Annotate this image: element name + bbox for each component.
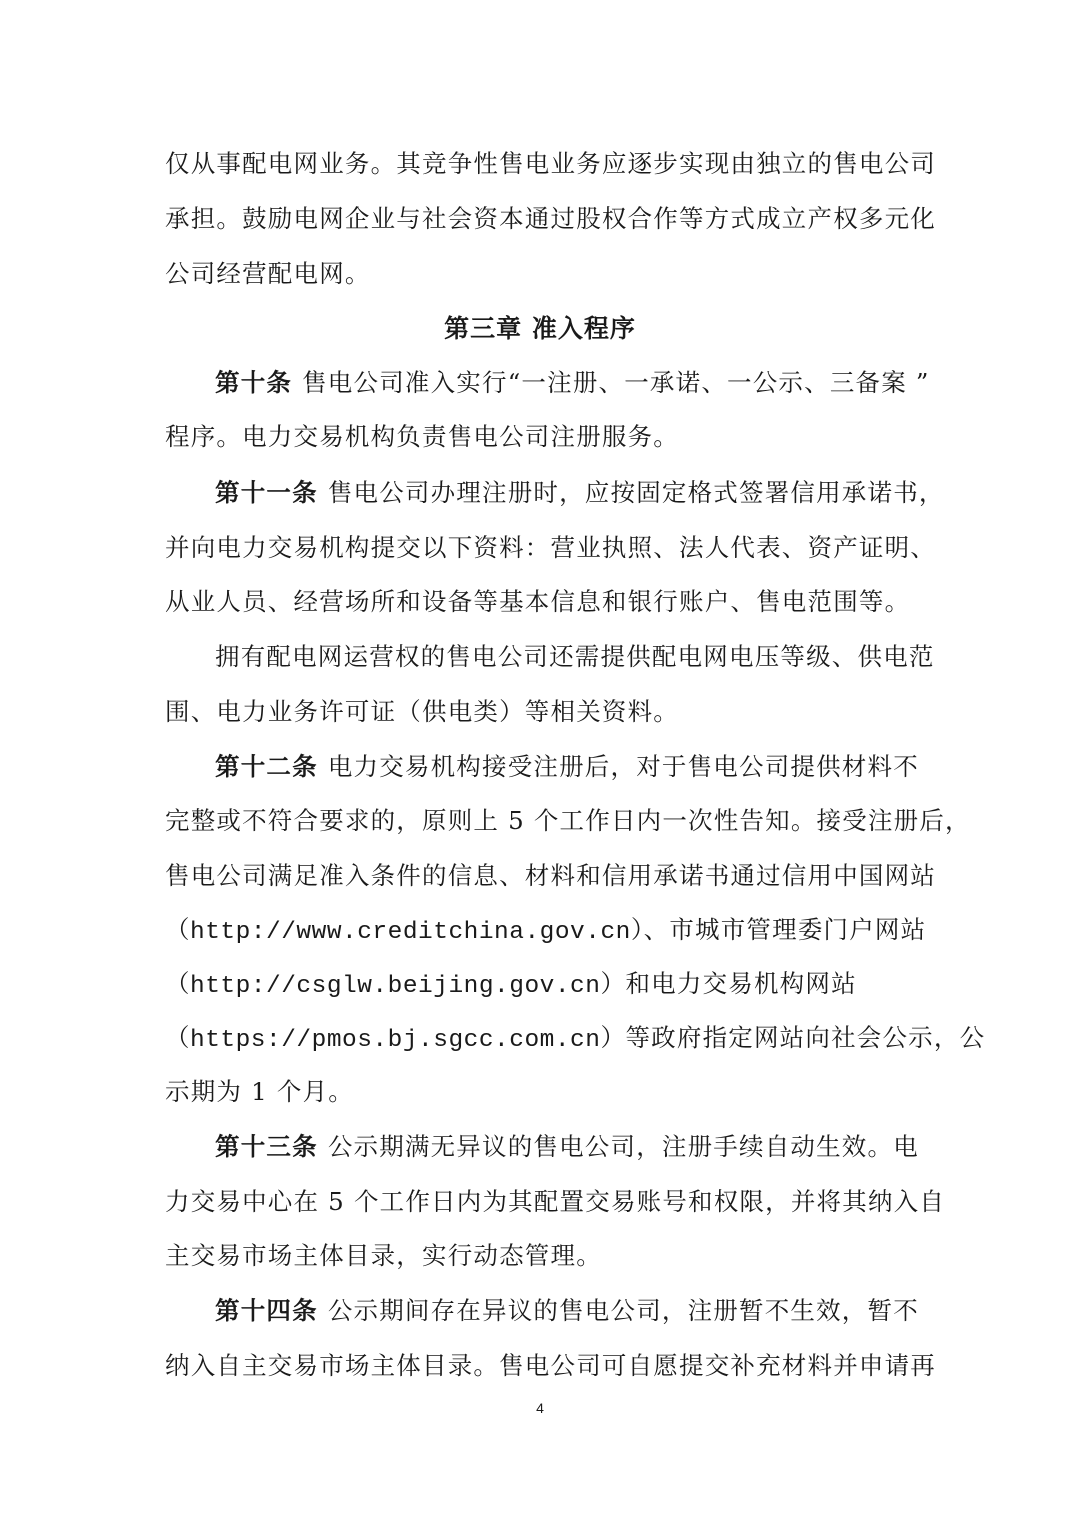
article-12-line-2: 完整或不符合要求的，原则上 5 个工作日内一次性告知。接受注册后， [165, 804, 925, 838]
article-12: 第十二条电力交易机构接受注册后，对于售电公司提供材料不 [215, 750, 925, 784]
article-12-line-7: 示期为 1 个月。 [165, 1075, 925, 1109]
article-10-line-2: 程序。电力交易机构负责售电公司注册服务。 [165, 420, 925, 454]
article-12-line-4: （http://www.creditchina.gov.cn）、市城市管理委门户… [165, 913, 925, 950]
article-12-line-6-tail: 等政府指定网站向社会公示，公 [625, 1023, 985, 1052]
csglw-url: （http://csglw.beijing.gov.cn） [165, 973, 625, 1000]
article-13-line-2: 力交易中心在 5 个工作日内为其配置交易账号和权限，并将其纳入自 [165, 1185, 925, 1219]
article-12-line-5-tail: 和电力交易机构网站 [625, 969, 856, 998]
article-14-line-1: 公示期间存在异议的售电公司，注册暂不生效，暂不 [328, 1296, 919, 1325]
article-11-line-1: 售电公司办理注册时，应按固定格式签署信用承诺书， [328, 478, 945, 507]
article-10-label: 第十条 [215, 368, 292, 397]
article-13-label: 第十三条 [215, 1132, 318, 1161]
article-11: 第十一条售电公司办理注册时，应按固定格式签署信用承诺书， [215, 476, 925, 510]
article-11-para2-line-2: 围、电力业务许可证（供电类）等相关资料。 [165, 695, 925, 729]
article-14-label: 第十四条 [215, 1296, 318, 1325]
article-13-line-3: 主交易市场主体目录，实行动态管理。 [165, 1239, 925, 1273]
creditchina-url: （http://www.creditchina.gov.cn） [165, 919, 644, 946]
article-12-label: 第十二条 [215, 752, 318, 781]
article-12-line-6: （https://pmos.bj.sgcc.com.cn）等政府指定网站向社会公… [165, 1021, 925, 1058]
intro-line-2: 承担。鼓励电网企业与社会资本通过股权合作等方式成立产权多元化 [165, 202, 925, 236]
chapter-heading: 第三章 准入程序 [0, 312, 1080, 346]
pmos-url: （https://pmos.bj.sgcc.com.cn） [165, 1027, 625, 1054]
article-11-line-3: 从业人员、经营场所和设备等基本信息和银行账户、售电范围等。 [165, 585, 925, 619]
article-11-label: 第十一条 [215, 478, 318, 507]
article-10: 第十条售电公司准入实行“一注册、一承诺、一公示、三备案 ” [215, 366, 925, 400]
intro-line-3: 公司经营配电网。 [165, 257, 925, 291]
intro-line-1: 仅从事配电网业务。其竞争性售电业务应逐步实现由独立的售电公司 [165, 147, 925, 181]
page-number: 4 [0, 1400, 1080, 1416]
article-11-line-2: 并向电力交易机构提交以下资料：营业执照、法人代表、资产证明、 [165, 531, 925, 565]
article-13-line-1: 公示期满无异议的售电公司，注册手续自动生效。电 [328, 1132, 919, 1161]
article-12-line-5: （http://csglw.beijing.gov.cn）和电力交易机构网站 [165, 967, 925, 1004]
article-12-line-1: 电力交易机构接受注册后，对于售电公司提供材料不 [328, 752, 919, 781]
article-10-line-1: 售电公司准入实行“一注册、一承诺、一公示、三备案 ” [302, 368, 930, 397]
article-14: 第十四条公示期间存在异议的售电公司，注册暂不生效，暂不 [215, 1294, 925, 1328]
article-12-line-3: 售电公司满足准入条件的信息、材料和信用承诺书通过信用中国网站 [165, 859, 925, 893]
document-page: 仅从事配电网业务。其竞争性售电业务应逐步实现由独立的售电公司 承担。鼓励电网企业… [0, 0, 1080, 1526]
article-14-line-2: 纳入自主交易市场主体目录。售电公司可自愿提交补充材料并申请再 [165, 1349, 925, 1383]
article-13: 第十三条公示期满无异议的售电公司，注册手续自动生效。电 [215, 1130, 925, 1164]
article-11-para2-line-1: 拥有配电网运营权的售电公司还需提供配电网电压等级、供电范 [215, 640, 925, 674]
article-12-line-4-tail: 、市城市管理委门户网站 [644, 915, 927, 944]
